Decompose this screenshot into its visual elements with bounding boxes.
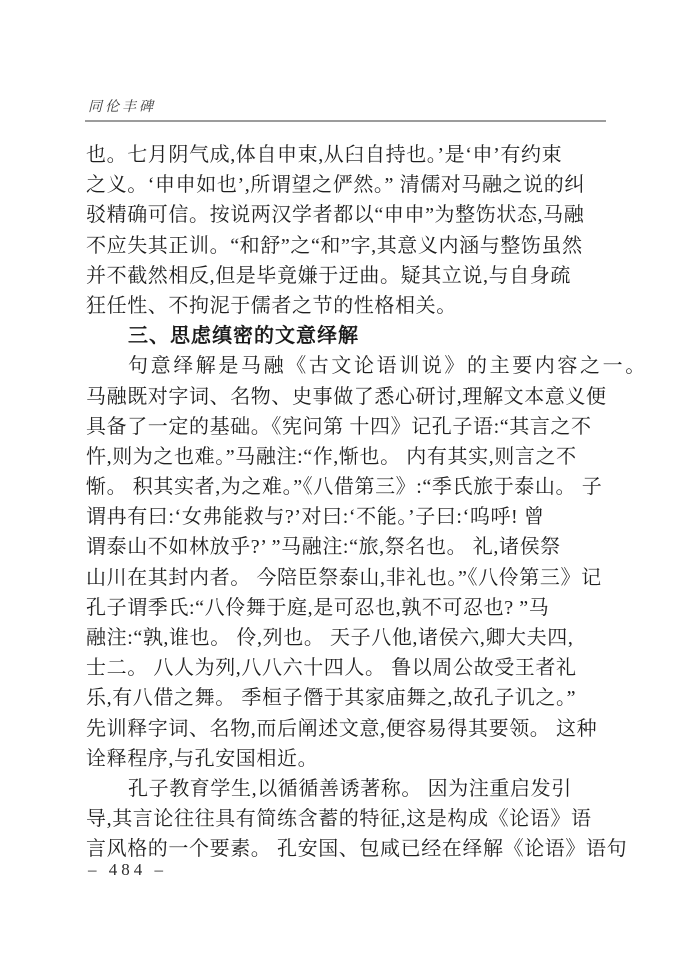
running-header: 同伦丰碑: [88, 96, 156, 116]
text-line: 先训释字词、名物,而后阐述文意,便容易得其要领。 这种: [86, 714, 608, 744]
text-line: 导,其言论往往具有简练含蓄的特征,这是构成《论语》语: [86, 804, 608, 834]
text-line: 乐,有八借之舞。 季桓子僭于其家庙舞之,故孔子讥之。”: [86, 683, 608, 713]
text-line: 诠释程序,与孔安国相近。: [86, 744, 608, 774]
text-line: 惭。 积其实者,为之难。”《八借第三》:“季氏旅于泰山。 子: [86, 472, 608, 502]
page-number: – 484 –: [88, 860, 167, 880]
section-heading: 三、思虑缜密的文意绎解: [86, 321, 608, 351]
body-text: 也。七月阴气成,体自申束,从臼自持也。’是‘申’有约束 之义。‘申申如也’,所谓…: [86, 140, 608, 865]
text-line: 忤,则为之也难。”马融注:“作,惭也。 内有其实,则言之不: [86, 442, 608, 472]
text-line: 驳精确可信。按说两汉学者都以“申申”为整饬状态,马融: [86, 200, 608, 230]
text-line: 融注:“孰,谁也。 伶,列也。 天子八他,诸侯六,卿大夫四,: [86, 623, 608, 653]
text-line: 谓冉有曰:‘女弗能救与?’对曰:‘不能。’子曰:‘呜呼! 曾: [86, 502, 608, 532]
text-line: 并不截然相反,但是毕竟嫌于迂曲。疑其立说,与自身疏: [86, 261, 608, 291]
text-line: 狂任性、不拘泥于儒者之节的性格相关。: [86, 291, 608, 321]
text-line: 山川在其封内者。 今陪臣祭泰山,非礼也。”《八伶第三》记: [86, 563, 608, 593]
text-line: 士二。 八人为列,八八六十四人。 鲁以周公故受王者礼: [86, 653, 608, 683]
text-line: 句意绎解是马融《古文论语训说》的主要内容之一。: [86, 351, 608, 381]
text-line: 不应失其正训。“和舒”之“和”字,其意义内涵与整饬虽然: [86, 231, 608, 261]
text-line: 具备了一定的基础。《宪问第 十四》记孔子语:“其言之不: [86, 412, 608, 442]
text-line: 孔子教育学生,以循循善诱著称。 因为注重启发引: [86, 774, 608, 804]
text-line: 孔子谓季氏:“八伶舞于庭,是可忍也,孰不可忍也? ”马: [86, 593, 608, 623]
header-rule-divider: [85, 120, 606, 122]
text-line: 之义。‘申申如也’,所谓望之俨然。” 清儒对马融之说的纠: [86, 170, 608, 200]
text-line: 也。七月阴气成,体自申束,从臼自持也。’是‘申’有约束: [86, 140, 608, 170]
text-line: 马融既对字词、名物、史事做了悉心研讨,理解文本意义便: [86, 382, 608, 412]
book-page: 同伦丰碑 也。七月阴气成,体自申束,从臼自持也。’是‘申’有约束 之义。‘申申如…: [0, 0, 692, 968]
text-line: 谓泰山不如林放乎?’ ”马融注:“旅,祭名也。 礼,诸侯祭: [86, 532, 608, 562]
